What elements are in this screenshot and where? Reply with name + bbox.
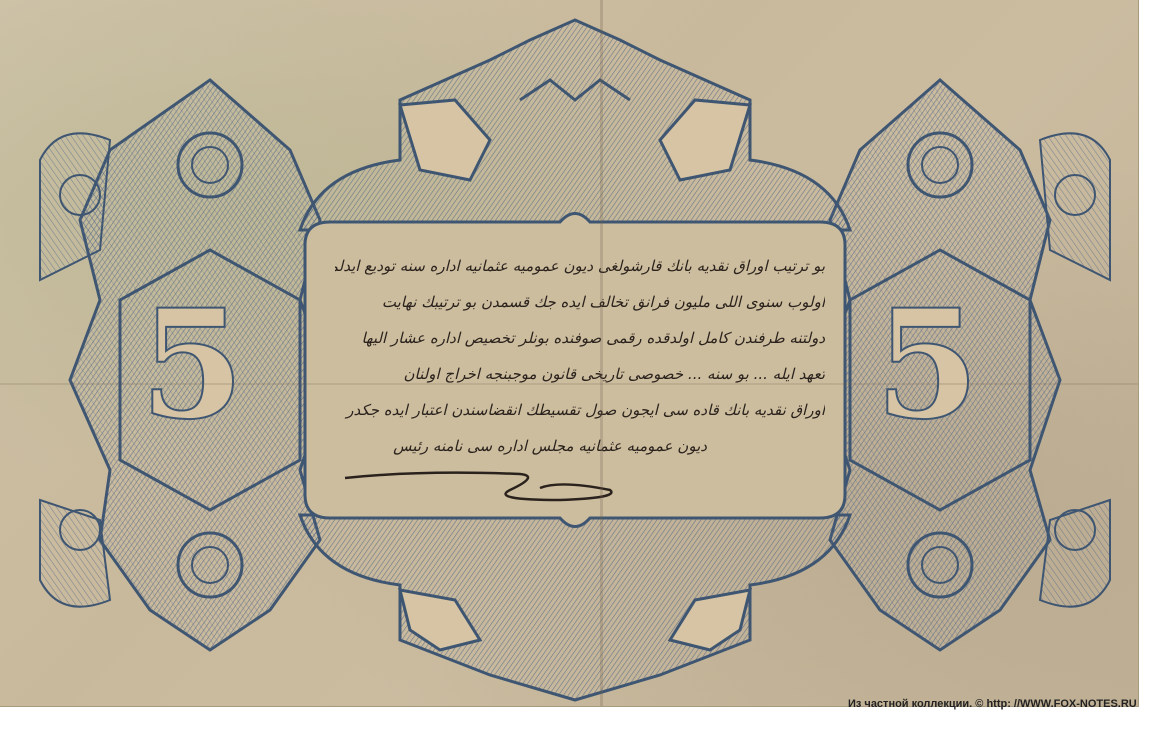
inscription-line: اوراق نقديه بانك قاده سى ايجون صول تقسيط… [335, 392, 825, 428]
banknote: 5 5 بو ترتيب اوراق نقديه بانك قارشولغى د… [0, 0, 1139, 707]
collection-credit: Из частной коллекции. © http: //WWW.FOX-… [848, 698, 1137, 710]
fold-line-vertical [600, 0, 603, 706]
inscription-line: اولوب سنوى اللى مليون فرانق تخالف ايده ج… [335, 284, 825, 320]
inscription-line: ديون عموميه عثمانيه مجلس اداره سى نامنه … [335, 428, 825, 464]
inscription-line: دولتنه طرفندن كامل اولدقده رقمى صوفنده ب… [335, 320, 825, 356]
denomination-right: 5 [875, 290, 979, 440]
inscription-text: بو ترتيب اوراق نقديه بانك قارشولغى ديون … [335, 248, 825, 464]
inscription-line: تعهد ايله ... بو سنه ... خصوصى تاريخى قا… [335, 356, 825, 392]
inscription-line: بو ترتيب اوراق نقديه بانك قارشولغى ديون … [335, 248, 825, 284]
top-rosette [300, 20, 850, 230]
fold-line-horizontal [0, 383, 1138, 385]
denomination-left: 5 [140, 290, 244, 440]
bottom-rosette [300, 515, 850, 700]
